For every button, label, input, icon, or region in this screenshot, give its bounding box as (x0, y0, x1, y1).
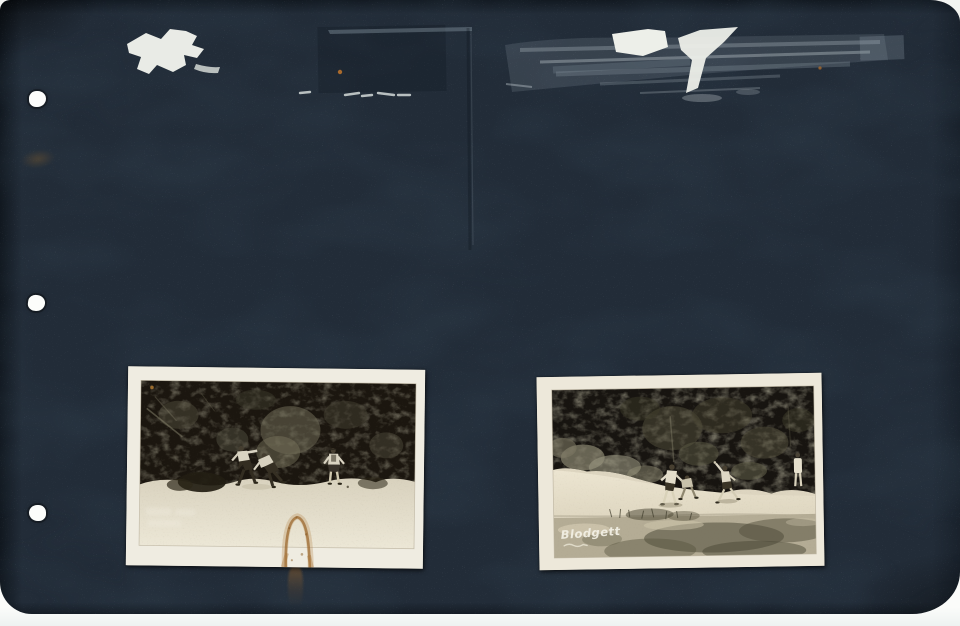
punch-hole-top (29, 91, 46, 107)
photo-right: Blodgett (537, 373, 825, 570)
photo-left-image (126, 366, 425, 569)
photo-left (126, 366, 425, 569)
glue-stain-drip (288, 565, 303, 609)
punch-hole-bottom (29, 505, 46, 521)
photo-right-image: Blodgett (537, 373, 825, 570)
album-page-scan: Blodgett (0, 0, 960, 626)
